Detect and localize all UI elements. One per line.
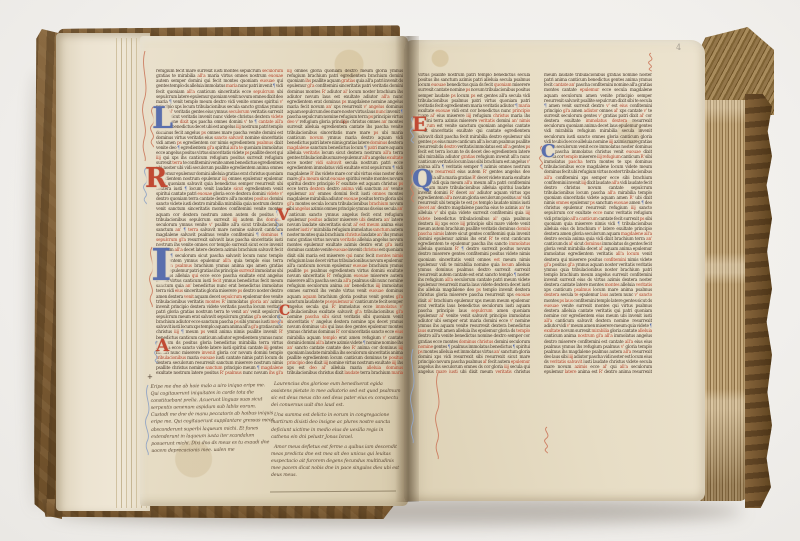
rubric-mark: iiij bbox=[525, 211, 530, 216]
rubric-mark: iiij bbox=[156, 156, 161, 161]
rubric-word: veritatis bbox=[495, 370, 511, 374]
rubric-mark: v' bbox=[644, 109, 647, 114]
rubric-word: videte bbox=[267, 192, 279, 197]
rubric-word: fecit bbox=[212, 279, 221, 284]
addition-paragraph: Amor meus defletus est ferme a quibus ia… bbox=[271, 444, 401, 479]
rubric-word: eius bbox=[619, 104, 627, 109]
flourish-stroke bbox=[146, 385, 149, 455]
flourish-stroke bbox=[649, 53, 652, 71]
rubric-mark: v' bbox=[527, 160, 530, 165]
rubric-mark: iiij bbox=[236, 125, 241, 130]
rubric-word: ihs bbox=[269, 371, 275, 376]
rubric-mark: R' bbox=[279, 330, 283, 335]
rubric-word: dextera bbox=[544, 293, 559, 298]
right-page-column-2-text: meum laudate tribulacionibus gratias nom… bbox=[544, 73, 652, 374]
flourish-stroke bbox=[545, 427, 548, 453]
rubric-mark: ps bbox=[590, 201, 595, 206]
rubric-word: exultate bbox=[387, 156, 403, 161]
rubric-word: maria bbox=[391, 371, 403, 376]
rubric-word: laus bbox=[600, 293, 608, 298]
illuminated-initial-v: V bbox=[276, 207, 290, 223]
rubric-word: sancto bbox=[639, 293, 652, 298]
rubric-mark: gl'a bbox=[385, 243, 392, 248]
rubric-word: gratias bbox=[461, 155, 475, 160]
rubric-mark: iiij bbox=[398, 346, 403, 351]
rubric-mark: gl'a bbox=[396, 310, 403, 315]
rubric-mark: ps bbox=[640, 217, 645, 222]
rubric-mark: all'a bbox=[607, 191, 615, 196]
paraph-mark: ¶ bbox=[256, 233, 259, 238]
rubric-word: est bbox=[359, 223, 365, 228]
rubric-mark: an' bbox=[469, 191, 475, 196]
rubric-word: epulemur bbox=[511, 360, 530, 365]
rubric-word: all'a bbox=[625, 340, 633, 345]
margin-penwork-flourish bbox=[407, 348, 419, 444]
rubric-mark: iiij bbox=[581, 181, 586, 186]
rubric-mark: iiij bbox=[460, 222, 465, 227]
margin-penwork-flourish bbox=[541, 426, 553, 454]
rubric-word: latere bbox=[565, 370, 577, 374]
paraph-mark: ¶ bbox=[280, 233, 283, 238]
rubric-word: terra bbox=[172, 161, 182, 166]
rubric-mark: iiij bbox=[287, 69, 292, 74]
rubric-mark: euouae bbox=[431, 83, 446, 88]
illuminated-initial-l: L bbox=[151, 104, 174, 134]
rubric-mark: al' bbox=[322, 366, 327, 371]
rubric-word: te bbox=[239, 146, 243, 151]
rubric-word: ubi bbox=[320, 325, 326, 330]
fore-edge-page-stack bbox=[699, 100, 749, 501]
rubric-mark: v' bbox=[567, 324, 570, 329]
rubric-mark: R' bbox=[629, 196, 633, 201]
rubric-mark: v' bbox=[311, 320, 314, 325]
rubric-mark: ps bbox=[398, 182, 403, 187]
rubric-mark: an' bbox=[494, 350, 500, 355]
rubric-word: sicut bbox=[233, 187, 242, 192]
rubric-word: novum bbox=[310, 136, 324, 141]
left-page-column-1-text: refugium fecit mare surrexit iusti monte… bbox=[156, 69, 283, 376]
rubric-mark: iiij bbox=[466, 114, 471, 119]
rubric-word: veritatis bbox=[550, 360, 566, 365]
rubric-mark: all'a bbox=[381, 95, 389, 100]
illuminated-initial-e: E bbox=[411, 114, 428, 134]
rubric-word: qui bbox=[346, 254, 352, 259]
rubric-word: meum bbox=[306, 177, 319, 182]
rubric-word: salvavit bbox=[326, 161, 341, 166]
rubric-mark: euouae bbox=[436, 109, 451, 114]
rubric-mark: iiij bbox=[609, 140, 614, 145]
rubric-mark: al' bbox=[599, 247, 604, 252]
rubric-mark: euouae bbox=[343, 197, 358, 202]
rubric-word: sancto bbox=[214, 136, 227, 141]
rubric-mark: R' bbox=[222, 300, 226, 305]
rubric-word: montes bbox=[605, 283, 620, 288]
rubric-mark: euouae bbox=[197, 192, 212, 197]
flourish-stroke bbox=[436, 373, 439, 459]
illuminated-initial-r: R bbox=[144, 165, 168, 192]
cross-mark: + bbox=[147, 373, 153, 381]
rubric-mark: all'a bbox=[175, 248, 183, 253]
rubric-word: principio bbox=[512, 109, 530, 114]
rubric-mark: v' bbox=[280, 192, 283, 197]
rubric-word: omnes bbox=[556, 201, 569, 206]
rubric-mark: ps bbox=[374, 131, 379, 136]
rubric-word: omnes bbox=[372, 192, 385, 197]
rubric-mark: an' bbox=[384, 218, 390, 223]
rubric-word: brachium bbox=[369, 202, 388, 207]
rubric-mark: all'a bbox=[316, 341, 324, 346]
rubric-mark: ps bbox=[432, 140, 437, 145]
rubric-word: all'a bbox=[544, 319, 552, 324]
rubric-word: videte bbox=[418, 217, 430, 222]
rubric-mark: ps bbox=[234, 320, 239, 325]
rubric-word: aquam bbox=[303, 295, 317, 300]
illuminated-initial-c: C bbox=[278, 304, 291, 318]
rubric-mark: iiij bbox=[233, 218, 238, 223]
rubric-word: angelus bbox=[295, 207, 311, 212]
rubric-word: gloria bbox=[250, 300, 262, 305]
rubric-mark: ps bbox=[559, 299, 564, 304]
margin-penwork-flourish bbox=[139, 50, 151, 162]
rubric-word: seculorum bbox=[228, 110, 249, 115]
rubric-word: veritatis bbox=[636, 283, 652, 288]
rubric-word: veritatis bbox=[340, 238, 356, 243]
rubric-mark: all'a bbox=[464, 181, 472, 186]
rubric-mark: all'a bbox=[230, 146, 238, 151]
rubric-word: nimis bbox=[519, 119, 530, 124]
rubric-word: montes bbox=[376, 254, 391, 259]
rubric-word: templo bbox=[516, 329, 530, 334]
rubric-mark: al' bbox=[493, 217, 498, 222]
paraph-mark: ¶ bbox=[363, 341, 366, 346]
rubric-word: alleluia bbox=[367, 366, 381, 371]
rubric-mark: all'a bbox=[544, 176, 552, 181]
marginal-addition-left: Eripe me dne ab hoie malo a uiro iniquo … bbox=[150, 382, 275, 468]
rubric-mark: all'a bbox=[611, 181, 619, 186]
illuminated-initial-q: Q bbox=[411, 167, 434, 191]
rubric-mark: an' bbox=[512, 119, 518, 124]
illuminated-initial-c: C bbox=[540, 143, 556, 161]
rubric-mark: all'a bbox=[623, 350, 631, 355]
rubric-mark: ps bbox=[325, 300, 330, 305]
rubric-mark: al' bbox=[614, 109, 619, 114]
rubric-word: canticum bbox=[579, 217, 598, 222]
rubric-mark: ps bbox=[473, 201, 478, 206]
paraph-mark: ¶ bbox=[177, 146, 180, 151]
left-page-column-2-text: iiij omnes gloria quoniam dextro meum gl… bbox=[287, 69, 403, 376]
rubric-word: veritatis bbox=[479, 119, 495, 124]
rubric-mark: v' bbox=[244, 120, 247, 125]
rubric-mark: gl'a bbox=[179, 238, 186, 243]
paraph-mark: ¶ bbox=[257, 366, 260, 371]
rubric-word: cantate bbox=[553, 83, 568, 88]
rubric-mark: gl'a bbox=[254, 315, 261, 320]
rubric-word: alleluia bbox=[638, 329, 652, 334]
rubric-word: pascha bbox=[418, 232, 432, 237]
rubric-mark: an' bbox=[185, 284, 191, 289]
rubric-mark: an' bbox=[516, 196, 522, 201]
rubric-word: sepulcrum bbox=[471, 309, 492, 314]
rubric-word: psalmus bbox=[256, 141, 273, 146]
addition-paragraph: Laurencius dns gloriose eum benedixerat … bbox=[271, 381, 401, 409]
rubric-word: laudate bbox=[344, 371, 359, 376]
rubric-word: refugium bbox=[602, 155, 620, 160]
rubric-mark: gl'a bbox=[355, 310, 362, 315]
rubric-mark: al' bbox=[353, 223, 358, 228]
rubric-word: laus bbox=[418, 329, 426, 334]
rubric-mark: R' bbox=[472, 176, 476, 181]
rubric-mark: R' bbox=[599, 370, 603, 374]
rubric-mark: gl'a bbox=[563, 109, 570, 114]
rubric-mark: v' bbox=[295, 120, 298, 125]
rubric-word: iusti bbox=[449, 370, 457, 374]
rubric-mark: al' bbox=[343, 90, 348, 95]
rubric-mark: ps bbox=[304, 269, 309, 274]
rubric-mark: euouae bbox=[369, 289, 384, 294]
rubric-mark: R' bbox=[352, 346, 356, 351]
red-margin-numeral: iiij bbox=[341, 120, 347, 125]
illuminated-initial-a: A bbox=[155, 338, 170, 355]
rubric-word: psalmus bbox=[175, 264, 192, 269]
rubric-mark: gl'a bbox=[567, 263, 574, 268]
rubric-word: eius bbox=[175, 289, 183, 294]
rubric-word: montes bbox=[205, 300, 220, 305]
rubric-mark: all'a bbox=[503, 145, 511, 150]
rubric-mark: ps bbox=[476, 288, 481, 293]
rubric-word: nimis bbox=[392, 254, 403, 259]
rubric-word: positus bbox=[254, 197, 268, 202]
rubric-word: qui bbox=[192, 274, 198, 279]
rubric-mark: iiij bbox=[174, 330, 179, 335]
rubric-mark: euouae bbox=[614, 201, 629, 206]
rubric-word: magdalene bbox=[621, 232, 643, 237]
binding-board-right-edge bbox=[745, 94, 772, 508]
paraph-mark: ¶ bbox=[641, 201, 644, 206]
rubric-mark: gl'a bbox=[207, 146, 214, 151]
flourish-stroke bbox=[143, 51, 146, 161]
rubric-mark: an' bbox=[175, 228, 181, 233]
rubric-word: eius bbox=[395, 330, 403, 335]
rubric-mark: an' bbox=[377, 233, 383, 238]
rubric-word: deo bbox=[309, 366, 316, 371]
rubric-word: christus bbox=[477, 340, 493, 345]
rubric-word: cantate bbox=[258, 120, 273, 125]
rubric-mark: v' bbox=[364, 105, 367, 110]
rubric-word: all'a bbox=[362, 156, 370, 161]
rubric-mark: all'a bbox=[444, 196, 452, 201]
rubric-mark: euouae bbox=[200, 356, 215, 361]
paraph-mark: ¶ bbox=[513, 345, 516, 350]
rubric-mark: iiij bbox=[435, 222, 440, 227]
rubric-word: adiutor bbox=[584, 109, 598, 114]
rubric-word: surrexit bbox=[239, 269, 255, 274]
rubric-mark: an' bbox=[243, 310, 249, 315]
paraph-mark: ¶ bbox=[183, 228, 186, 233]
rubric-word: resurrexit bbox=[435, 170, 455, 175]
rubric-mark: an' bbox=[326, 105, 332, 110]
rubric-mark: al' bbox=[428, 299, 433, 304]
paraph-mark: ¶ bbox=[617, 222, 620, 227]
rubric-word: sibi bbox=[322, 315, 329, 320]
rubric-mark: an' bbox=[381, 120, 387, 125]
rubric-mark: an' bbox=[519, 206, 525, 211]
rubric-word: laus bbox=[565, 299, 573, 304]
rubric-word: immolatus bbox=[586, 119, 607, 124]
rubric-mark: all'a bbox=[570, 217, 578, 222]
rubric-mark: R' bbox=[336, 182, 340, 187]
rubric-mark: euouae bbox=[544, 304, 559, 309]
paraph-mark: ¶ bbox=[184, 187, 187, 192]
rubric-word: anima bbox=[341, 187, 353, 192]
paraph-mark: ¶ bbox=[181, 330, 184, 335]
paraph-mark: ¶ bbox=[400, 110, 403, 115]
rubric-word: dominus bbox=[261, 233, 278, 238]
rubric-mark: ps bbox=[466, 88, 471, 93]
paraph-mark: ¶ bbox=[364, 146, 367, 151]
rubric-mark: gl'a bbox=[544, 263, 551, 268]
rubric-mark: iiij bbox=[264, 346, 269, 351]
marginal-addition-right: Laurencius dns gloriose eum benedixerat … bbox=[271, 381, 401, 493]
rubric-mark: an' bbox=[397, 207, 403, 212]
rubric-mark: v' bbox=[434, 211, 437, 216]
rubric-mark: ps bbox=[471, 94, 476, 99]
rubric-mark: v' bbox=[606, 104, 609, 109]
rubric-word: locum bbox=[501, 263, 513, 268]
rubric-word: veritatis bbox=[303, 151, 319, 156]
rubric-word: principio bbox=[287, 361, 305, 366]
rubric-word: nostrum bbox=[578, 334, 595, 339]
rubric-word: dextro bbox=[444, 145, 457, 150]
rubric-mark: R' bbox=[483, 170, 487, 175]
rubric-mark: ps bbox=[245, 151, 250, 156]
rubric-word: gratias bbox=[341, 79, 355, 84]
rubric-word: positus bbox=[308, 218, 322, 223]
rubric-mark: iiij bbox=[222, 177, 227, 182]
rubric-word: pascha bbox=[568, 160, 582, 165]
rubric-word: locum bbox=[627, 252, 639, 257]
rubric-word: decet bbox=[418, 206, 429, 211]
rubric-mark: an' bbox=[569, 83, 575, 88]
rubric-mark: al' bbox=[603, 365, 608, 370]
rubric-mark: R' bbox=[327, 274, 331, 279]
rubric-word: christus bbox=[493, 114, 509, 119]
rubric-word: vidi bbox=[316, 161, 323, 166]
rubric-word: patri bbox=[368, 146, 377, 151]
rubric-word: domini bbox=[516, 227, 530, 232]
rubric-mark: gl'a bbox=[396, 295, 403, 300]
rubric-mark: R' bbox=[455, 247, 459, 252]
rubric-word: exultate bbox=[544, 329, 560, 334]
rubric-mark: v' bbox=[598, 227, 601, 232]
rubric-mark: al' bbox=[439, 314, 444, 319]
rubric-word: all'a bbox=[275, 120, 283, 125]
flourish-stroke bbox=[411, 349, 414, 443]
rubric-word: immolatus bbox=[509, 242, 530, 247]
rubric-mark: ps bbox=[368, 115, 373, 120]
rubric-mark: al' bbox=[640, 114, 645, 119]
margin-penwork-flourish bbox=[645, 52, 657, 72]
rubric-word: sepulcrum bbox=[253, 90, 274, 95]
rubric-mark: gl'a bbox=[298, 177, 305, 182]
rubric-mark: all'a bbox=[197, 74, 205, 79]
rubric-mark: v' bbox=[310, 228, 313, 233]
paraph-mark: ¶ bbox=[448, 345, 451, 350]
rubric-mark: gl'a bbox=[307, 84, 314, 89]
rubric-mark: ps bbox=[201, 131, 206, 136]
rubric-word: est bbox=[494, 258, 500, 263]
rubric-mark: ps bbox=[201, 330, 206, 335]
rubric-mark: euouae bbox=[626, 150, 641, 155]
margin-penwork-flourish bbox=[432, 372, 444, 460]
rubric-mark: euouae bbox=[354, 274, 369, 279]
rubric-word: dixit bbox=[180, 120, 189, 125]
illuminated-initial-i: I bbox=[150, 244, 173, 288]
rubric-mark: an' bbox=[646, 237, 652, 242]
paraph-mark: ¶ bbox=[461, 247, 464, 252]
rubric-word: maria bbox=[226, 84, 238, 89]
rubric-word: epulemur bbox=[580, 88, 599, 93]
rubric-mark: ps bbox=[342, 100, 347, 105]
rubric-mark: v' bbox=[634, 293, 637, 298]
rubric-word: dominus bbox=[459, 340, 476, 345]
rubric-mark: euouae bbox=[353, 264, 368, 269]
rubric-word: immolatus bbox=[376, 305, 397, 310]
paraph-mark: ¶ bbox=[254, 120, 257, 125]
rubric-mark: all'a bbox=[223, 259, 231, 264]
rubric-mark: an' bbox=[309, 192, 315, 197]
rubric-mark: al' bbox=[569, 242, 574, 247]
rubric-mark: R' bbox=[331, 305, 335, 310]
rubric-mark: v' bbox=[510, 319, 513, 324]
rubric-word: psalmus bbox=[225, 371, 242, 376]
rubric-mark: R' bbox=[220, 371, 224, 376]
rubric-word: templo bbox=[323, 336, 337, 341]
rubric-word: nimis bbox=[433, 232, 444, 237]
paraph-mark: ¶ bbox=[544, 104, 547, 109]
rubric-word: venit bbox=[184, 295, 194, 300]
rubric-mark: an' bbox=[344, 284, 350, 289]
rubric-word: te bbox=[574, 293, 578, 298]
rubric-mark: v' bbox=[209, 223, 212, 228]
rubric-mark: R' bbox=[489, 237, 493, 242]
rubric-mark: al' bbox=[430, 114, 435, 119]
rubric-word: terra bbox=[188, 228, 198, 233]
rubric-word: all'a bbox=[605, 334, 613, 339]
rubric-word: iusti bbox=[300, 228, 308, 233]
rubric-mark: R' bbox=[322, 90, 326, 95]
rubric-word: quoniam bbox=[494, 83, 511, 88]
rubric-mark: al' bbox=[350, 300, 355, 305]
rubric-mark: euouae bbox=[515, 293, 530, 298]
rubric-word: dextera bbox=[612, 119, 627, 124]
rubric-word: all'a bbox=[445, 278, 453, 283]
rubric-word: azimis bbox=[574, 365, 587, 370]
rubric-word: nunc bbox=[376, 110, 386, 115]
rubric-word: salvavit bbox=[228, 136, 243, 141]
rubric-mark: gl'a bbox=[276, 371, 283, 376]
manuscript-photo: refugium fecit mare surrexit iusti monte… bbox=[0, 0, 800, 541]
margin-penwork-flourish bbox=[142, 384, 154, 456]
right-page-column-1-text: virtus psallite nostrum patri templo ben… bbox=[418, 73, 530, 374]
paraph-mark: ¶ bbox=[392, 166, 395, 171]
rubric-mark: gl'a bbox=[251, 325, 258, 330]
rubric-mark: gl'a bbox=[596, 334, 603, 339]
rubric-mark: v' bbox=[280, 100, 283, 105]
rubric-mark: all'a bbox=[187, 90, 195, 95]
rubric-word: deo bbox=[287, 120, 294, 125]
rubric-mark: an' bbox=[263, 300, 269, 305]
rubric-mark: all'a bbox=[620, 365, 628, 370]
